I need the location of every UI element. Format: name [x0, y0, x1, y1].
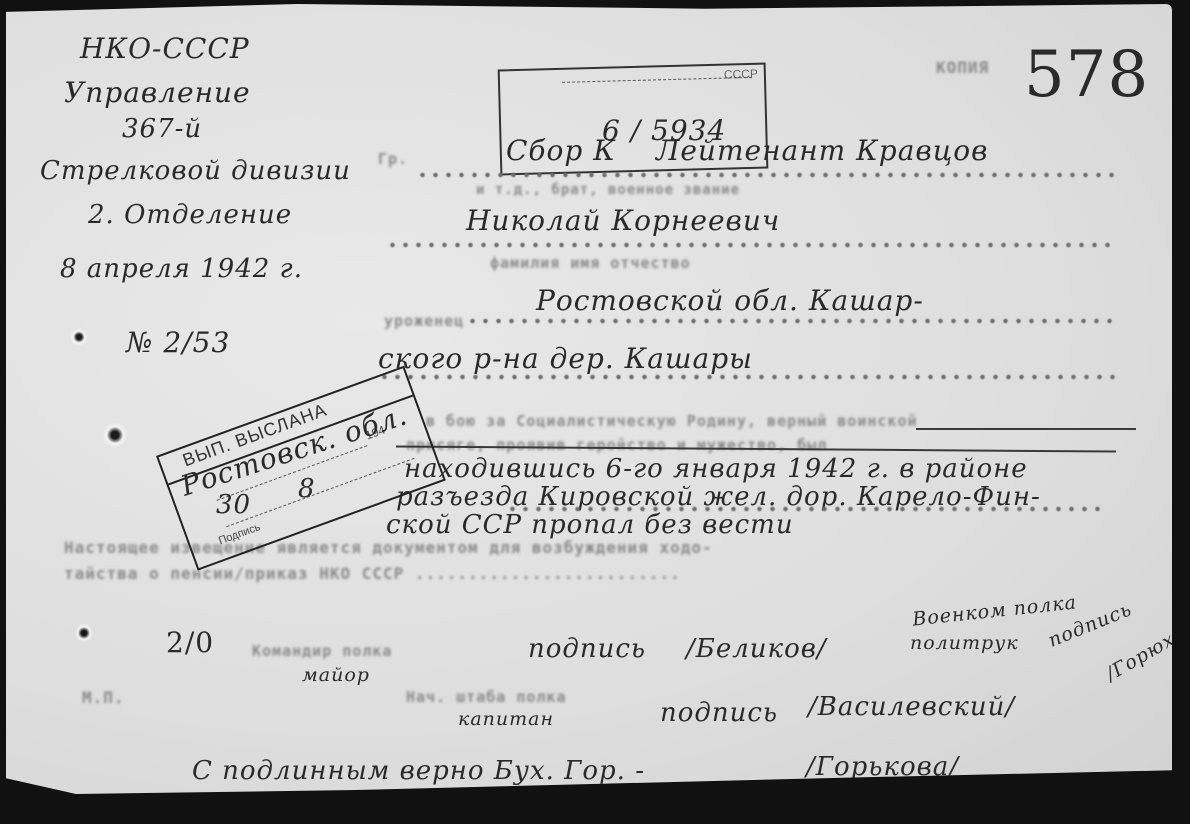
commander-name: /Беликов/	[686, 634, 827, 664]
commissar-title-2: политрук	[910, 632, 1019, 654]
document-page: НКО-СССР Управление 367-й Стрелковой див…	[6, 4, 1172, 794]
notice-line-1: Настоящее извещение является документом …	[64, 538, 713, 557]
copy-certification: С подлинным верно Бух. Гор. -	[192, 756, 645, 786]
org-line-3: 367-й	[122, 114, 202, 144]
archive-number: 578	[1024, 38, 1149, 112]
org-line-2: Управление	[64, 76, 251, 109]
header-number: № 2/53	[126, 326, 230, 359]
chief-rank: капитан	[458, 708, 554, 730]
release-stamp-signature-label: Подпись	[217, 521, 262, 547]
org-line-5: 2. Отделение	[88, 200, 292, 230]
commander-rank: майор	[302, 664, 370, 686]
release-day: 30	[216, 490, 251, 520]
commissar-title-1: Военком полка	[911, 591, 1078, 630]
stamp-label: СССР	[724, 67, 758, 82]
name-caption: фамилия имя отчество	[490, 254, 691, 272]
copy-certifier-name: /Горькова/	[806, 752, 959, 782]
signature-mark: 2/0	[166, 626, 214, 659]
print-line-1: в бою за Социалистическую Родину, верный…	[426, 412, 918, 430]
fate-line-3: ской ССР пропал без вести	[386, 510, 794, 540]
release-month: 8	[298, 474, 316, 504]
damage-hole	[102, 422, 128, 448]
notice-line-2: тайства о пенсии/приказ НКО СССР .......…	[64, 564, 681, 583]
chief-print: Нач. штаба полка	[406, 688, 567, 706]
damage-hole	[70, 328, 88, 346]
strikethrough-1	[916, 428, 1136, 430]
fate-line-1: находившись 6-го января 1942 г. в районе	[404, 454, 1028, 484]
note-sbor: Сбор К	[506, 134, 616, 167]
org-line-1: НКО-СССР	[80, 32, 250, 65]
birthplace-line-1: Ростовской обл. Кашар-	[536, 284, 924, 317]
commander-sign: подпись	[528, 634, 646, 664]
addressee-prefix: Гр.	[378, 150, 408, 168]
rank-and-surname: Лейтенант Кравцов	[656, 134, 988, 167]
birthplace-line-2: ского р-на дер. Кашары	[378, 342, 753, 375]
copy-label: КОПИЯ	[936, 58, 989, 77]
chief-name: /Василевский/	[808, 692, 1015, 722]
commissar-name: /Горюх/	[1102, 625, 1185, 686]
header-date: 8 апреля 1942 г.	[60, 254, 303, 284]
seal-place: М.П.	[82, 688, 125, 707]
birth-prefix: уроженец	[384, 312, 464, 330]
chief-sign: подпись	[660, 698, 778, 728]
rank-caption: и т.д., брат, военное звание	[476, 182, 740, 198]
damage-hole	[76, 622, 92, 644]
full-name: Николай Корнеевич	[466, 204, 780, 237]
org-line-4: Стрелковой дивизии	[40, 156, 351, 186]
commander-print: Командир полка	[252, 642, 392, 660]
